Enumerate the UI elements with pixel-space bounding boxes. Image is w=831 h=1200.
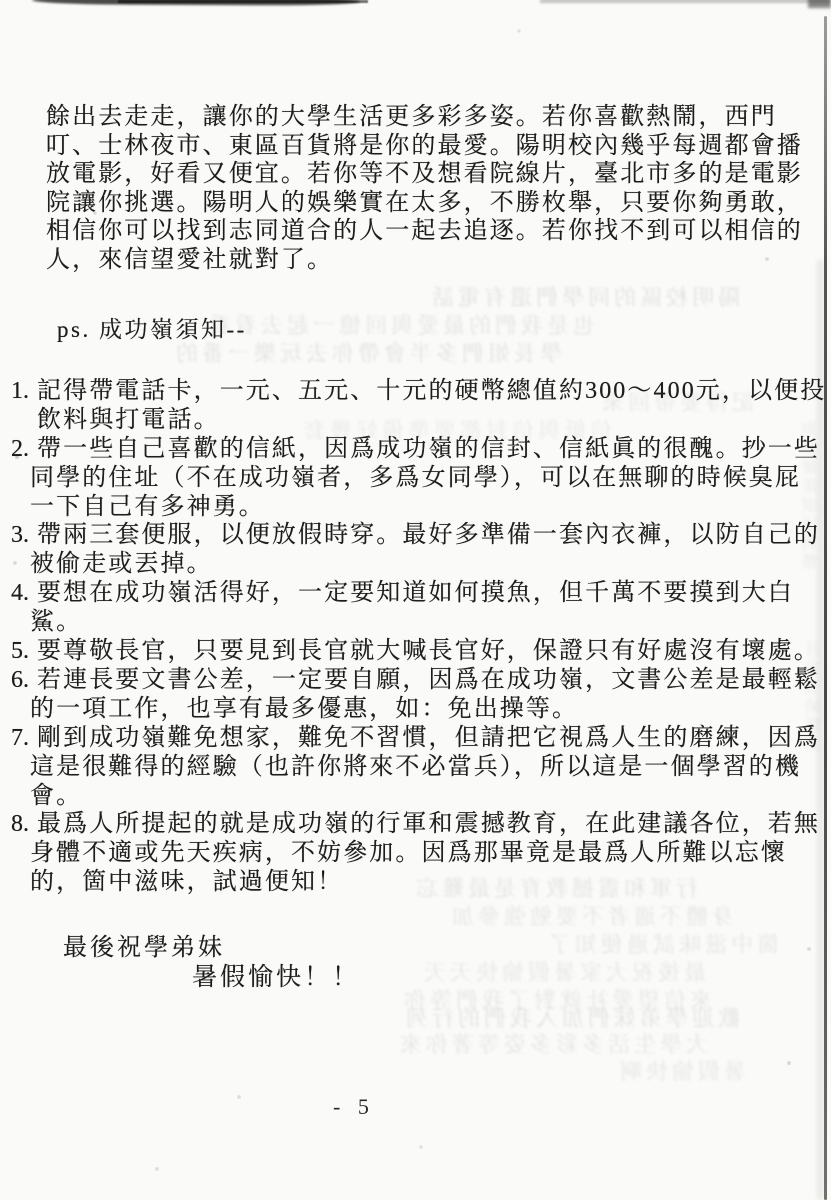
scan-smudge-top-dark [118, 0, 368, 3]
list-text: 要想在成功嶺活得好，一定要知道如何摸魚，但千萬不要摸到大白 [37, 580, 794, 606]
text-line: 餘出去走走，讓你的大學生活更多彩多姿。若你喜歡熱鬧，西門 [46, 103, 803, 132]
list-item-4-line: 4.要想在成功嶺活得好，一定要知道如何摸魚，但千萬不要摸到大白 [11, 572, 794, 607]
text-line: 相信你可以找到志同道合的人一起去追逐。若你找不到可以相信的 [46, 217, 803, 246]
scan-smudge-top-right [540, 0, 830, 3]
bleedthrough-text: 暑假愉快啊 [616, 1055, 746, 1086]
bleedthrough-text: 最後祝大家暑假愉快天天 [420, 956, 706, 987]
text-line: 放電影，好看又便宜。若你等不及想看院線片，臺北市多的是電影 [46, 160, 803, 189]
bleedthrough-text: 也是我們的最愛與回憶一起去看看 [205, 309, 595, 340]
text-line: 叮、士林夜市、東區百貨將是你的最愛。陽明校內幾乎每週都會播 [46, 132, 803, 161]
scan-edge-shadow-line [824, 16, 827, 1200]
text-line: 人，來信望愛社就對了。 [46, 246, 803, 275]
bleedthrough-text: 陽明校區的同學們還有電話 [428, 281, 740, 312]
scan-speckles [0, 0, 2, 2]
list-number: 1. [11, 378, 37, 405]
page-number: - 5 [333, 1094, 375, 1120]
bleedthrough-text: 身體不適者不要勉強參加 [448, 900, 734, 931]
ps-note-heading: ps. 成功嶺須知-- [57, 311, 247, 344]
text-line: 院讓你挑選。陽明人的娛樂實在太多，不勝枚舉，只要你夠勇敢， [46, 189, 803, 218]
scanned-document-page: 陽明校區的同學們還有電話也是我們的最愛與回憶一起去看看學長姐們多半會帶你去玩樂一… [0, 0, 831, 1200]
list-item-8-line: 的，箇中滋味，試過便知！ [30, 861, 343, 896]
closing-line: 暑假愉快！！ [192, 957, 360, 993]
bleedthrough-text: 箇中滋味試過便知了 [545, 928, 779, 959]
scan-smudge-corner [808, 0, 831, 8]
list-item-7-line: 這是很難得的經驗（也許你將來不必當兵），所以這是一個學習的機 [30, 746, 801, 781]
intro-paragraph: 餘出去走走，讓你的大學生活更多彩多姿。若你喜歡熱鬧，西門 叮、士林夜市、東區百貨… [46, 103, 803, 275]
bleedthrough-text: 行軍和震撼教育是最難忘 [412, 872, 698, 903]
